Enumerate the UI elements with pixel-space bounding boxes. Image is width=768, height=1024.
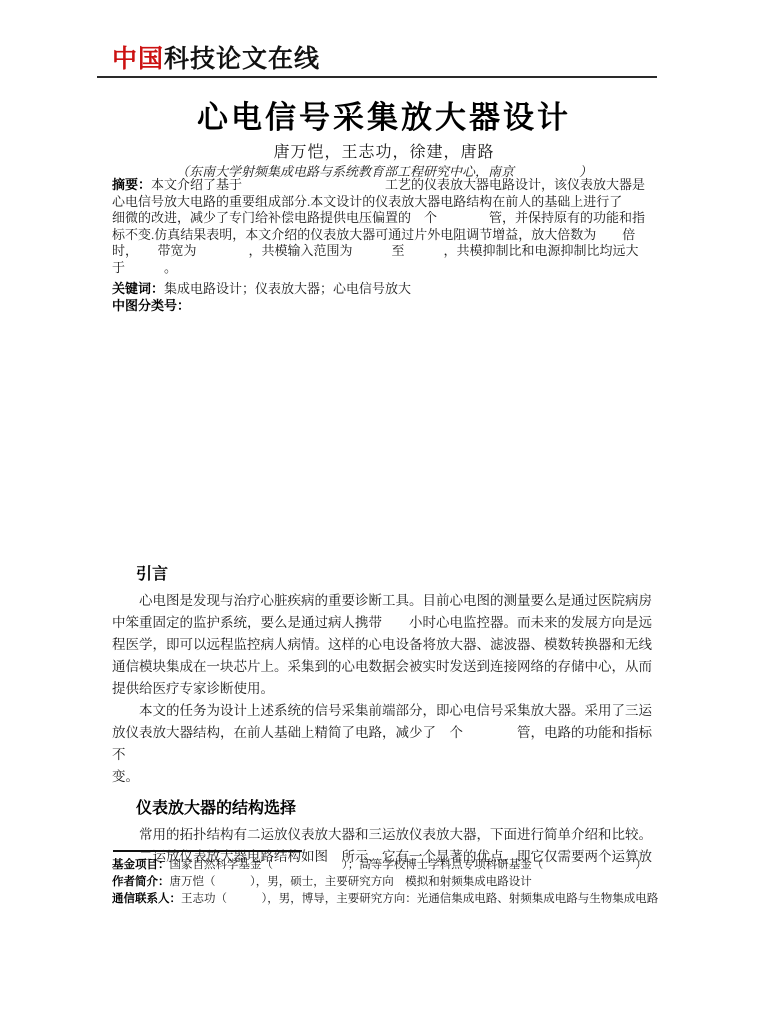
abstract-line: 时， 带宽为 ，共模输入范围为 至 ，共模抑制比和电源抑制比均远大: [112, 243, 659, 260]
abstract-text: 本文介绍了基于 工艺的仪表放大器电路设计，该仪表放大器是: [151, 177, 645, 192]
footnote-corresponding: 通信联系人：王志功（ ），男，博导，主要研究方向：光通信集成电路、射频集成电路与…: [112, 891, 661, 908]
masthead-rule: [97, 76, 657, 78]
main-body: 引言 心电图是发现与治疗心脏疾病的重要诊断工具。目前心电图的测量要么是通过医院病…: [112, 564, 661, 868]
abstract-line: 细微的改进，减少了专门给补偿电路提供电压偏置的 个 管，并保持原有的功能和指: [112, 210, 659, 227]
footnote-funding-text: 国家自然科学基金（ ）；高等学校博士学科点专项科研基金（ ）: [170, 859, 647, 871]
paper-title: 心电信号采集放大器设计: [0, 92, 768, 137]
body-line: 通信模块集成在一块芯片上。采集到的心电数据会被实时发送到连接网络的存储中心，从而: [112, 656, 661, 678]
clc-line: 中图分类号：: [112, 298, 659, 315]
section-heading-structure: 仪表放大器的结构选择: [136, 798, 661, 820]
paragraph: 心电图是发现与治疗心脏疾病的重要诊断工具。目前心电图的测量要么是通过医院病房 中…: [112, 590, 661, 700]
keywords-line: 关键词：集成电路设计；仪表放大器；心电信号放大: [112, 281, 659, 298]
body-line: 变。: [112, 766, 661, 788]
paper-page: 中国科技论文在线 心电信号采集放大器设计 唐万恺，王志功，徐建，唐路 （东南大学…: [0, 0, 768, 1024]
body-line: 常用的拓扑结构有二运放仪表放大器和三运放仪表放大器，下面进行简单介绍和比较。: [112, 824, 661, 846]
footnote-author-bio: 作者简介：唐万恺（ ），男，硕士，主要研究方向 模拟和射频集成电路设计: [112, 874, 661, 891]
footnote-rule: [113, 850, 302, 852]
body-line: 心电图是发现与治疗心脏疾病的重要诊断工具。目前心电图的测量要么是通过医院病房: [112, 590, 661, 612]
keywords-text: 集成电路设计；仪表放大器；心电信号放大: [164, 281, 411, 296]
abstract-line: 标不变.仿真结果表明，本文介绍的仪表放大器可通过片外电阻调节增益，放大倍数为 倍: [112, 227, 659, 244]
body-line: 程医学，即可以远程监控病人病情。这样的心电设备将放大器、滤波器、模数转换器和无线: [112, 634, 661, 656]
footnote-author-bio-text: 唐万恺（ ），男，硕士，主要研究方向 模拟和射频集成电路设计: [170, 876, 532, 888]
logo-text-black: 科技论文在线: [164, 45, 320, 73]
abstract-line: 心电信号放大电路的重要组成部分.本文设计的仪表放大器电路结构在前人的基础上进行了: [112, 194, 659, 211]
abstract-line: 摘要：本文介绍了基于 工艺的仪表放大器电路设计，该仪表放大器是: [112, 177, 659, 194]
clc-label: 中图分类号：: [112, 298, 190, 313]
frontmatter: 摘要：本文介绍了基于 工艺的仪表放大器电路设计，该仪表放大器是 心电信号放大电路…: [112, 177, 659, 314]
body-line: 放仪表放大器结构，在前人基础上精简了电路，减少了 个 管，电路的功能和指标不: [112, 722, 661, 766]
body-line: 本文的任务为设计上述系统的信号采集前端部分，即心电信号采集放大器。采用了三运: [112, 700, 661, 722]
footnote-corresponding-text: 王志功（ ），男，博导，主要研究方向：光通信集成电路、射频集成电路与生物集成电路: [181, 893, 658, 905]
footnote-funding-label: 基金项目：: [112, 859, 170, 871]
body-line: 中笨重固定的监护系统，要么是通过病人携带 小时心电监控器。而未来的发展方向是远: [112, 612, 661, 634]
section-heading-intro: 引言: [136, 564, 661, 586]
paragraph: 本文的任务为设计上述系统的信号采集前端部分，即心电信号采集放大器。采用了三运 放…: [112, 700, 661, 788]
footnotes: 基金项目：国家自然科学基金（ ）；高等学校博士学科点专项科研基金（ ） 作者简介…: [112, 857, 661, 908]
footnote-author-bio-label: 作者简介：: [112, 876, 170, 888]
footnote-corresponding-label: 通信联系人：: [112, 893, 181, 905]
body-line: 提供给医疗专家诊断使用。: [112, 678, 661, 700]
keywords-label: 关键词：: [112, 281, 164, 296]
author-list: 唐万恺，王志功，徐建，唐路: [0, 139, 768, 162]
abstract-line: 于 。: [112, 260, 659, 277]
site-logo: 中国科技论文在线: [112, 47, 320, 72]
footnote-funding: 基金项目：国家自然科学基金（ ）；高等学校博士学科点专项科研基金（ ）: [112, 857, 661, 874]
logo-text-red: 中国: [112, 45, 164, 73]
abstract-label: 摘要：: [112, 177, 151, 192]
